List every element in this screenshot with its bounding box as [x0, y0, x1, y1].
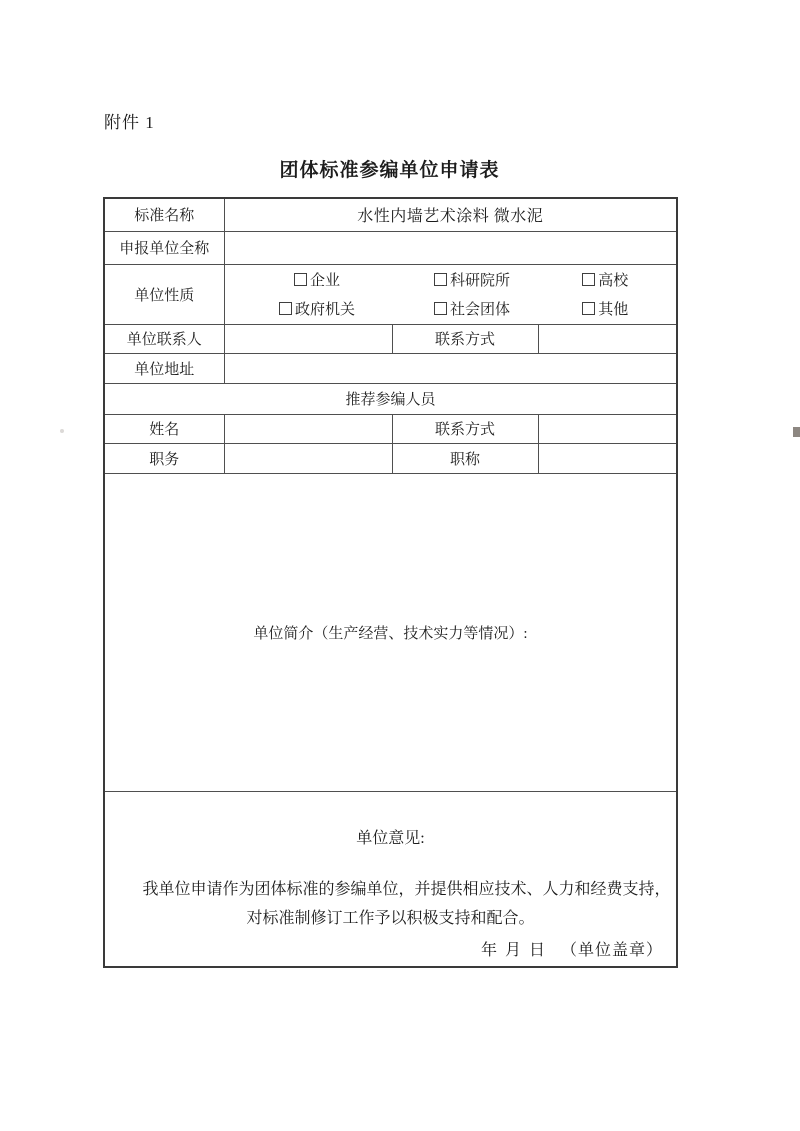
- application-form-table: 标准名称 水性内墙艺术涂料 微水泥 申报单位全称 单位性质 企业 科研院所: [103, 197, 678, 968]
- row-unit-profile: 单位简介（生产经营、技术实力等情况）:: [104, 473, 677, 791]
- contact-method-label: 联系方式: [392, 324, 538, 353]
- option-label: 其他: [598, 298, 628, 319]
- unit-nature-label: 单位性质: [104, 264, 224, 324]
- page-title: 团体标准参编单位申请表: [103, 155, 676, 182]
- standard-name-label: 标准名称: [104, 198, 224, 231]
- unit-contact-value: [224, 324, 392, 353]
- row-recommend-header: 推荐参编人员: [104, 383, 677, 414]
- option-university: 高校: [535, 265, 677, 294]
- unit-opinion-cell: 单位意见: 我单位申请作为团体标准的参编单位，并提供相应技术、人力和经费支持， …: [104, 791, 677, 967]
- option-other: 其他: [535, 294, 677, 323]
- prof-title-value: [538, 443, 677, 473]
- unit-profile-cell: 单位简介（生产经营、技术实力等情况）:: [104, 473, 677, 791]
- scan-artifact-mark: [793, 427, 800, 437]
- contact-method-label: 联系方式: [392, 414, 538, 443]
- attachment-label: 附件 1: [104, 108, 155, 133]
- option-label: 科研院所: [450, 269, 510, 290]
- checkbox-icon: [582, 273, 595, 286]
- row-unit-opinion: 单位意见: 我单位申请作为团体标准的参编单位，并提供相应技术、人力和经费支持， …: [104, 791, 677, 967]
- standard-name-value: 水性内墙艺术涂料 微水泥: [224, 198, 677, 231]
- option-social-organization: 社会团体: [410, 294, 535, 323]
- checkbox-icon: [294, 273, 307, 286]
- unit-address-label: 单位地址: [104, 353, 224, 383]
- signature-seal: （单位盖章）: [561, 942, 663, 959]
- row-unit-contact: 单位联系人 联系方式: [104, 324, 677, 353]
- row-unit-address: 单位地址: [104, 353, 677, 383]
- statement-line: 我单位申请作为团体标准的参编单位，并提供相应技术、人力和经费支持，: [105, 875, 676, 904]
- option-label: 社会团体: [450, 298, 510, 319]
- signature-line: 年 月 日（单位盖章）: [481, 937, 663, 960]
- unit-opinion-label: 单位意见:: [105, 825, 676, 848]
- scan-speck: [60, 429, 64, 433]
- checkbox-icon: [279, 302, 292, 315]
- applicant-name-value: [224, 231, 677, 264]
- option-label: 政府机关: [295, 298, 355, 319]
- unit-opinion-statement: 我单位申请作为团体标准的参编单位，并提供相应技术、人力和经费支持， 对标准制修订…: [105, 875, 676, 933]
- row-unit-nature: 单位性质 企业 科研院所 高校: [104, 264, 677, 324]
- checkbox-icon: [582, 302, 595, 315]
- option-enterprise: 企业: [225, 265, 410, 294]
- option-government: 政府机关: [225, 294, 410, 323]
- option-label: 高校: [598, 269, 628, 290]
- statement-line: 对标准制修订工作予以积极支持和配合。: [105, 904, 676, 933]
- scanned-document-page: 附件 1 团体标准参编单位申请表 标准名称 水性内墙艺术涂料 微水泥 申报单位全…: [0, 0, 800, 1131]
- prof-title-label: 职称: [392, 443, 538, 473]
- position-label: 职务: [104, 443, 224, 473]
- option-research-institute: 科研院所: [410, 265, 535, 294]
- unit-address-value: [224, 353, 677, 383]
- signature-date: 年 月 日: [481, 942, 547, 959]
- person-name-label: 姓名: [104, 414, 224, 443]
- checkbox-icon: [434, 302, 447, 315]
- recommend-section-header: 推荐参编人员: [104, 383, 677, 414]
- contact-method-value: [538, 414, 677, 443]
- row-standard-name: 标准名称 水性内墙艺术涂料 微水泥: [104, 198, 677, 231]
- position-value: [224, 443, 392, 473]
- unit-profile-label: 单位简介（生产经营、技术实力等情况）:: [253, 626, 527, 642]
- unit-nature-options: 企业 科研院所 高校 政府机关: [224, 264, 677, 324]
- row-applicant-name: 申报单位全称: [104, 231, 677, 264]
- person-name-value: [224, 414, 392, 443]
- row-person-name: 姓名 联系方式: [104, 414, 677, 443]
- applicant-name-label: 申报单位全称: [104, 231, 224, 264]
- contact-method-value: [538, 324, 677, 353]
- row-position: 职务 职称: [104, 443, 677, 473]
- checkbox-icon: [434, 273, 447, 286]
- option-label: 企业: [310, 269, 340, 290]
- unit-contact-label: 单位联系人: [104, 324, 224, 353]
